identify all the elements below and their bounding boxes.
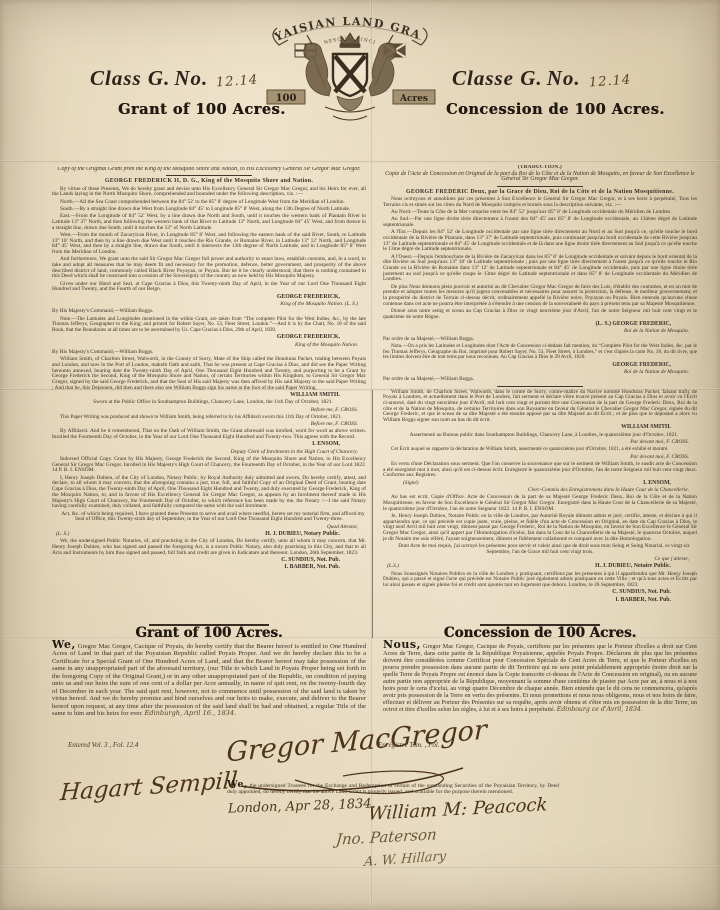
para-north: North.—All the Sea Coast comprehended be… — [52, 200, 366, 206]
trustees-certification: We, the undersigned Trustees for the Exc… — [227, 782, 559, 796]
para-dont: Dont Acte de moi requis, j'ai octroyé le… — [383, 544, 697, 555]
nous-body: Gregor Mac Gregor, Cacique de Poyais, ce… — [383, 643, 697, 713]
no-left-value: 12.14 — [216, 73, 259, 91]
acres-bar-right: Acres — [393, 90, 435, 104]
coat-of-arms-crest: POYAISIAN LAND GRANT. NESCIUS VINCI — [263, 4, 437, 132]
signature-sundius-fr: C. SUNDIUS, Not. Pub. — [383, 590, 697, 596]
class-left-label: Class G. — [90, 66, 170, 90]
para-act: Act, &c. of which being required, I have… — [52, 512, 366, 523]
para-produced: This Paper Writing was produced and show… — [52, 415, 366, 421]
we-body: Gregor Mac Gregor, Cacique of Poyais, do… — [52, 643, 366, 718]
para-command-2: By His Majesty's Command,—William Boggs. — [52, 350, 366, 356]
header-left: Class G. No. 12.14 — [90, 66, 259, 91]
right-copy-title: Copie de l'Acte de Concession en Origina… — [383, 172, 697, 183]
right-king-heading: GEORGE FREDERIC Deux, par la Grace de Di… — [383, 190, 697, 196]
signature-sundius: C. SUNDIUS, Not. Pub. — [52, 558, 366, 564]
signature-george-frederic-1-title: Roi de la Nation de Mosquito. — [383, 329, 697, 335]
right-column-french: (TRADUCTION.) Copie de l'Acte de Concess… — [383, 165, 697, 619]
para-ordre-2: Par ordre de sa Majesté,—William Boggs. — [383, 377, 697, 383]
para-affidavit: By Affidavit. And be it remembered, That… — [52, 429, 366, 440]
concession-section-heading: Concession de 100 Acres. — [383, 631, 697, 637]
fold-crease-horizontal-4 — [0, 866, 720, 869]
para-before-1: Before me, F. CROSS. — [52, 408, 366, 414]
para-devant-1: Par devant moi, F. CROSS. — [383, 440, 697, 446]
ls-seal-mark: (L. S.) — [56, 532, 69, 538]
edinbourg-date: Edinbourg ce d'Avril, 1834. — [557, 706, 643, 713]
crest-base — [325, 96, 375, 120]
para-smith-fr: William Smith, de Charlton Street, Walwo… — [383, 390, 697, 424]
signature-george-frederic-2: GEORGE FREDERIC, — [383, 363, 697, 369]
class-right-label: Classe G. — [452, 66, 543, 90]
left-king-heading: GEORGE FREDERICK II, D. G., King of the … — [52, 179, 366, 185]
para-before-2: Before me, F. CROSS. — [52, 422, 366, 428]
signature-ensom-title: Deputy Clerk of Inrolments in the High C… — [52, 450, 366, 456]
para-notaires: Nous Soussignés Notaires Publics en la v… — [383, 572, 697, 589]
header-right: Classe G. No. 12.14 — [452, 66, 631, 91]
para-smith-affidavit: William Smith, of Charlton Street, Walwo… — [52, 357, 366, 391]
edinburgh-date: Edinburgh, April 16., 1834. — [144, 709, 236, 717]
para-nord: Au Nord.—Toute la Côte de la Mer compris… — [383, 210, 697, 216]
para-command-1: By His Majesty's Command,—William Boggs. — [52, 309, 366, 315]
para-ordre-1: Par ordre de sa Majesté,—William Boggs. — [383, 337, 697, 343]
signature-dubieu: H. J. DUBIEU, Notary Public. — [52, 532, 366, 538]
no-left-label: No. — [174, 66, 208, 90]
left-copy-title: Copy of the Original Grant from the King… — [52, 167, 366, 173]
para-notaries: We, the undersigned Public Notaries, of,… — [52, 539, 366, 556]
signature-ensom-fr: I. ENSOM, — [383, 481, 697, 487]
signature-george-frederic-2-title: Roi de la Nation de Mosquito. — [383, 370, 697, 376]
supporter-right-icon — [369, 43, 396, 96]
we-lead: We, — [52, 638, 76, 651]
para-sworn: Sworn at the Public Office in Southampto… — [52, 400, 366, 406]
para-sud: Au Sud.—Par une ligne droite tirée direc… — [383, 217, 697, 228]
para-est: A l'Est.—Depuis les 84° 52′ de Longitude… — [383, 230, 697, 253]
signature-george-frederick-1: GEORGE FREDERICK, — [52, 295, 366, 301]
divider-rule — [497, 386, 583, 387]
para-given: Given under our Hand and Seal, at Cape G… — [52, 282, 366, 293]
signature-george-frederick-2: GEORGE FREDERICK, — [52, 335, 366, 341]
signature-dubieu-fr: H. J. DUBIEU, Notaire Public. — [383, 564, 697, 570]
grant-left-heading: Grant of 100 Acres. — [118, 101, 286, 118]
para-quod-attestor: Quod Attestor, — [52, 525, 366, 531]
para-south: South.—By a straight line drawn due West… — [52, 207, 366, 213]
para-west: West.—From the mouth of Zacarylcan River… — [52, 233, 366, 256]
para-indorsed: Indorsed Official Copy. Grant by His Maj… — [52, 457, 366, 474]
concession-right-heading: Concession de 100 Acres. — [446, 101, 665, 118]
para-ouest: A l'Ouest.—Depuis l'embouchure de la Riv… — [383, 255, 697, 284]
signature-george-frederick-1-title: King of the Mosquito Nation. (L. S.) — [52, 302, 366, 308]
para-grant-fr: Nous octroyons et annoblons par ces prés… — [383, 197, 697, 208]
fold-line-dark-segment — [372, 390, 373, 638]
para-furthermore: And furthermore, We grant unto the said … — [52, 257, 366, 280]
para-we-grant: We, Gregor Mac Gregor, Cacique of Poyais… — [52, 641, 366, 718]
ls-seal-mark-fr: (L.S.) — [387, 564, 399, 570]
entered-vol-note: Entered Vol. 3 , Fol. 12.4 — [68, 741, 138, 749]
sempill-signature: Hagart Sempill — [59, 768, 238, 807]
signature-george-frederic-1: (L. S.) GEORGE FREDERIC, — [383, 322, 697, 328]
supporter-left-icon — [304, 43, 331, 96]
no-right-label: No. — [547, 66, 581, 90]
para-east: East.—From the Longitude of 84° 52′ West… — [52, 214, 366, 231]
para-vertu: En vertu d'une Déclaration sous serment.… — [383, 462, 697, 479]
para-nous-grant: Nous, Gregor Mac Gregor, Cacique de Poya… — [383, 641, 697, 713]
divider-rule — [497, 186, 583, 187]
para-donne: Donné sous notre seing et sceau au Cap G… — [383, 309, 697, 320]
signe-mark: (Signé) — [403, 481, 419, 487]
signature-ensom-fr-title: Clerc-Commis des Enregistremens dans la … — [383, 488, 697, 494]
crown-icon — [340, 33, 360, 48]
left-grant-section: Grant of 100 Acres. We, Gregor Mac Grego… — [52, 620, 366, 742]
no-right-value: 12.14 — [588, 73, 631, 91]
signature-william-smith-fr: WILLIAM SMITH. — [383, 425, 697, 431]
para-aubas: Au bas est écrit, Copie d'Office. Acte d… — [383, 495, 697, 512]
fold-crease-horizontal-1 — [0, 160, 720, 163]
para-assermente: Assermenté au Bureau public dans Southam… — [383, 433, 697, 439]
para-devant-2: Par devant moi, F. CROSS. — [383, 455, 697, 461]
left-column-english: Copy of the Original Grant from the King… — [52, 167, 366, 619]
para-note: Note.—The Latitudes and Longitudes menti… — [52, 317, 366, 334]
signature-barber-fr: I. BARBER, Not. Pub. — [383, 598, 697, 604]
trustees-text: the undersigned Trustees for the Exchang… — [227, 783, 559, 795]
shield-icon — [333, 54, 367, 96]
para-atteste: Ce que j'atteste, — [383, 557, 697, 563]
para-dubieu-fr: Je, Henry Joseph Dubieu, Notaire Public … — [383, 514, 697, 543]
traduction-label: (TRADUCTION.) — [383, 165, 697, 171]
crest-svg: POYAISIAN LAND GRANT. NESCIUS VINCI — [263, 4, 437, 132]
para-ecrit: Cet Écrit auquel se rapporte la déclarat… — [383, 447, 697, 453]
para-dubieu: I, Henry Joseph Dubieu, of the City of L… — [52, 476, 366, 510]
poyais-land-grant-document: POYAISIAN LAND GRANT. NESCIUS VINCI — [0, 0, 720, 910]
para-nota: Nota.—On a pris les Latitudes et Longitu… — [383, 344, 697, 361]
para-grant: By virtue of these Presents, We do hereb… — [52, 187, 366, 198]
para-deplus: De plus Nous donnons plein pouvoir et au… — [383, 285, 697, 308]
signature-george-frederick-2-title: King of the Mosquito Nation. — [52, 343, 366, 349]
signature-ensom: I. ENSOM, — [52, 442, 366, 448]
bar-acres-label: Acres — [399, 94, 428, 104]
signature-barber: I. BARBER, Not. Pub. — [52, 565, 366, 571]
signature-william-smith: WILLIAM SMITH. — [52, 393, 366, 399]
grant-section-heading: Grant of 100 Acres. — [52, 631, 366, 637]
paterson-signature: Jno. Paterson — [335, 825, 437, 848]
divider-rule — [166, 175, 252, 176]
